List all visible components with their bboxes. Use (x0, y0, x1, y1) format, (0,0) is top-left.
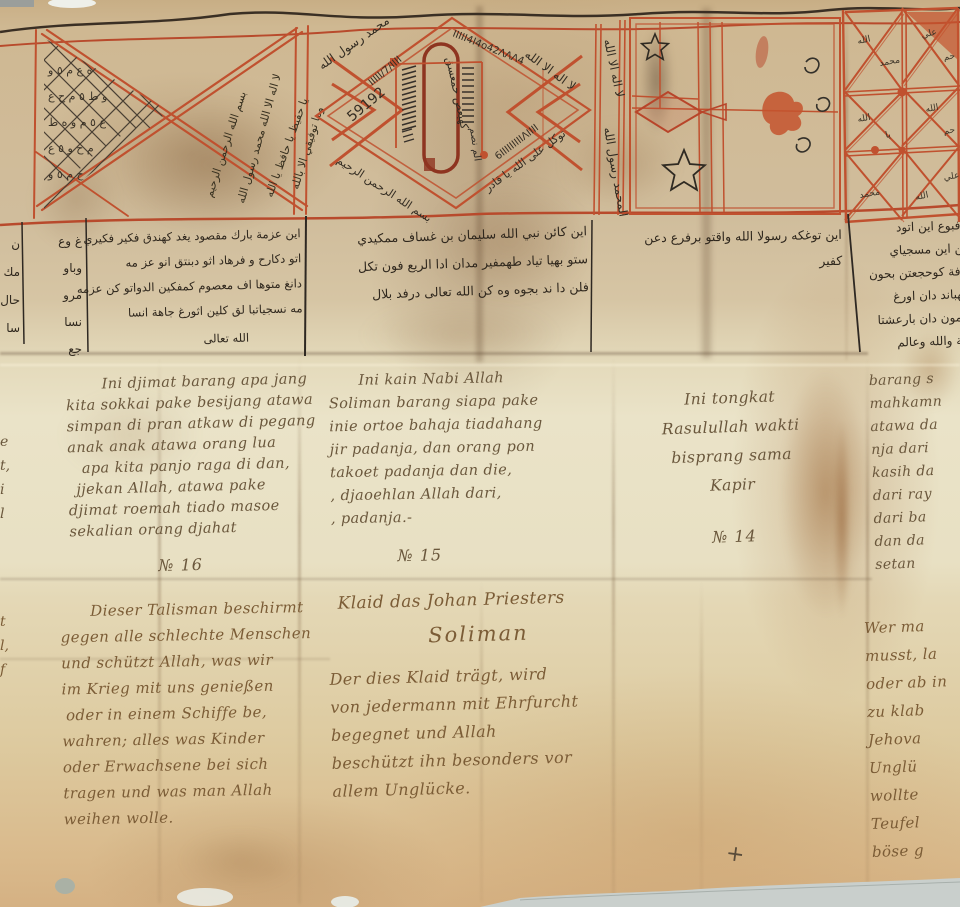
jawi-column-edge: نمكحالسا (0, 230, 20, 342)
note-line: nja dari (871, 435, 960, 462)
svg-text:المحمد رسول الله: المحمد رسول الله (600, 126, 631, 218)
note-line: kasih da (872, 458, 960, 485)
fragment: t, (0, 454, 16, 478)
note-line: musst, la (865, 638, 960, 670)
note-number: № 16 (158, 551, 328, 576)
note-line: Unglü (869, 750, 960, 782)
jawi-line: سا (0, 314, 20, 342)
jawi-line: حال (0, 286, 20, 314)
jawi-line: فهة والله وعالم (854, 329, 960, 356)
note-line: Jehova (868, 722, 960, 754)
lattice-glyph-row: ع ٥ م و ه ط (48, 116, 106, 129)
note-line: böse g (871, 834, 960, 866)
lattice-grid: ه ع م ٥ و و ط ٥ م ح ع ع ٥ م و ه ط م ح و … (44, 36, 168, 208)
fragment: l (0, 502, 16, 526)
jawi-column-tongkat: اين توغكه رسولا الله واقتو برفرع دعنكفير (598, 222, 843, 278)
jawi-line: جع (24, 336, 82, 363)
jawi-line: وباو (24, 255, 82, 282)
jawi-column-b: غ وعوباومرونساجع (24, 228, 82, 363)
svg-text:محمد: محمد (859, 188, 881, 201)
note-line: Wer ma (864, 610, 960, 642)
jawi-column-right: ر فبوع اين اتودعن اين مسجيايدرفة كوحجعتن… (850, 214, 960, 356)
svg-text:يا: يا (885, 130, 893, 141)
edge-fragments-bottom: tl,f (0, 610, 16, 682)
coil-spring (402, 66, 416, 130)
note-line: zu klab (867, 694, 960, 726)
fragment: i (0, 478, 16, 502)
bottom-edge (55, 878, 960, 907)
jawi-line: غ وع (24, 228, 82, 255)
red-blob-figure (762, 92, 803, 135)
fragment: f (0, 658, 16, 682)
jawi-column-sulaiman: اين كائن نبي الله سليمان بن غساف ممكيديس… (311, 217, 590, 311)
jawi-line: ن (0, 230, 20, 258)
lattice-glyph-row: ح م ٥ و (47, 168, 85, 181)
svg-text:محمد رسول الله: محمد رسول الله (316, 13, 393, 73)
malay-note-14: Ini tongkatRasulullah waktibisprang sama… (629, 381, 835, 555)
note-subtitle: Soliman (328, 616, 629, 652)
note-line: oder ab in (866, 666, 960, 698)
pentagram-small (642, 34, 669, 59)
lattice-glyph-row: ه ع م ٥ و (47, 64, 92, 77)
note-line: barang s (868, 366, 960, 393)
cartouche-side-marks: الم نصم (467, 127, 483, 162)
svg-text:محمد: محمد (879, 56, 901, 69)
jawi-line: مك (0, 258, 20, 286)
note-line: atawa da (870, 412, 960, 439)
svg-text:بسم الله الرحمن الرحيم: بسم الله الرحمن الرحيم (334, 154, 434, 225)
german-note-right-clipped: Wer mamusst, laoder ab inzu klabJehovaUn… (864, 610, 960, 866)
jawi-line: مرو (24, 282, 82, 309)
german-note-klaid: Klaid das Johan Priesters Soliman Der di… (327, 582, 633, 806)
cartouche-text: كهيعص حمعسق (442, 56, 471, 131)
pentagram-large (663, 150, 705, 190)
note-line: Teufel (870, 806, 960, 838)
note-number: № 15 (397, 541, 593, 567)
shahada-pillar: لا اله الا الله المحمد رسول الله (594, 20, 631, 218)
fragment: e (0, 430, 16, 454)
svg-text:حم: حم (943, 51, 956, 63)
note-line: weihen wolle. (64, 802, 340, 833)
note-line: mahkamn (869, 389, 960, 416)
svg-text:لا اله الا الله: لا اله الا الله (601, 38, 627, 99)
jawi-line: كفير (598, 248, 842, 278)
note-line: dan da (874, 527, 960, 554)
note-line: dari ba (873, 504, 960, 531)
star-frame-talisman (630, 18, 840, 214)
svg-text:علي: علي (943, 171, 960, 183)
jawi-column-azimat: اين عزمة بارك مقصود يغد كهندق فكير فكيري… (86, 221, 303, 355)
fragment: l, (0, 634, 16, 658)
fragment: t (0, 610, 16, 634)
svg-text:حم: حم (943, 125, 956, 137)
manuscript-photo: ه ع م ٥ و و ط ٥ م ح ع ع ٥ م و ه ط م ح و … (0, 0, 960, 907)
lattice-glyph-row: و ط ٥ م ح ع (48, 90, 107, 103)
jawi-line: نسا (24, 309, 82, 336)
svg-text:الله: الله (857, 113, 872, 125)
german-note-talisman: Dieser Talisman beschirmtgegen alle schl… (60, 594, 340, 833)
note-line: Kapir (632, 468, 833, 504)
svg-text:IIIII/7/IIII: IIIII/7/IIII (367, 54, 404, 88)
edge-fragments-middle: et,il (0, 430, 16, 526)
right-grid-talisman: الله محمد علي حم الله يا الله حم محمد ال… (843, 8, 960, 222)
note-line: , padanja.- (331, 504, 593, 532)
malay-note-15: Ini kain Nabi AllahSoliman barang siapa … (328, 366, 593, 569)
malay-note-right-clipped: barang smahkamnatawa danja darikasih dad… (868, 366, 960, 577)
note-line: gegen alle schlechte Menschen (60, 620, 336, 651)
svg-text:IIIII4I4o42ΛΛΛ4: IIIII4I4o42ΛΛΛ4 (451, 29, 526, 68)
note-line: wollte (870, 778, 960, 810)
left-hourglass-talisman: ه ع م ٥ و و ط ٥ م ح ع ع ٥ م و ه ط م ح و … (34, 26, 326, 218)
note-line: dari ray (872, 481, 960, 508)
jawi-line: اين توغكه رسولا الله واقتو برفرع دعن (598, 222, 842, 252)
lattice-glyph-row: م ح و ٥ ع (48, 142, 94, 155)
svg-text:الله: الله (915, 190, 930, 202)
cross-mark: + (724, 841, 746, 868)
note-line: setan (875, 550, 960, 577)
malay-note-16: Ini djimat barang apa jangkita sokkai pa… (65, 369, 328, 579)
central-diamond-talisman: كهيعص حمعسق الم نصم محمد رسول الله لا ال… (316, 13, 590, 224)
